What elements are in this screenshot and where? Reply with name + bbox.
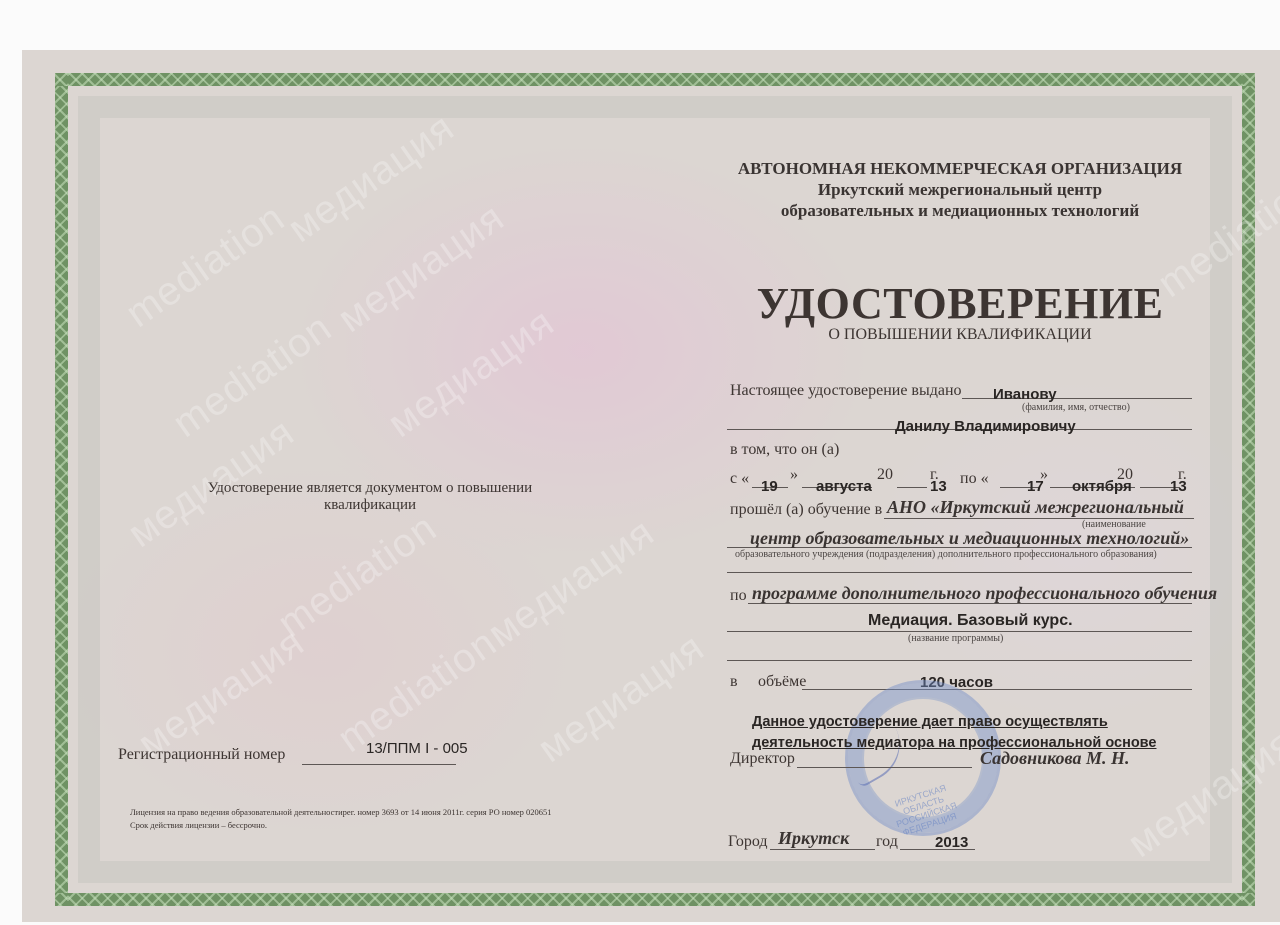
program-label: по bbox=[730, 587, 747, 605]
year-suffix: г. bbox=[930, 466, 939, 484]
certificate-title: УДОСТОВЕРЕНИЕ bbox=[720, 278, 1200, 329]
institution-line-1: АНО «Иркутский межрегиональный bbox=[887, 497, 1184, 518]
year-suffix: г. bbox=[1178, 466, 1187, 484]
city-value: Иркутск bbox=[778, 828, 849, 849]
from-day: 19 bbox=[761, 478, 778, 495]
year-label: год bbox=[876, 833, 898, 851]
that-he-label: в том, что он (а) bbox=[730, 441, 839, 459]
registration-number: 13/ППМ I - 005 bbox=[366, 740, 468, 757]
organization-header: АВТОНОМНАЯ НЕКОММЕРЧЕСКАЯ ОРГАНИЗАЦИЯ Ир… bbox=[720, 158, 1200, 221]
institution-hint-2: образовательного учреждения (подразделен… bbox=[735, 549, 1157, 560]
volume-label: объёме bbox=[758, 673, 806, 691]
year-value: 2013 bbox=[935, 834, 968, 851]
director-label: Директор bbox=[730, 750, 795, 768]
program-type: программе дополнительного профессиональн… bbox=[752, 583, 1217, 604]
institution-line-2: центр образовательных и медиационных тех… bbox=[750, 528, 1189, 549]
license-line: Лицензия на право ведения образовательно… bbox=[130, 806, 552, 819]
date-line bbox=[897, 487, 927, 488]
license-info: Лицензия на право ведения образовательно… bbox=[130, 806, 552, 832]
volume-prefix: в bbox=[730, 673, 738, 691]
institution-line bbox=[884, 518, 1194, 519]
issued-to-hint: (фамилия, имя, отчество) bbox=[1022, 402, 1130, 413]
license-term: Срок действия лицензии – бессрочно. bbox=[130, 819, 552, 832]
program-name: Медиация. Базовый курс. bbox=[868, 612, 1073, 630]
issued-to-label: Настоящее удостоверение выдано bbox=[730, 382, 962, 400]
date-from-prefix: с « bbox=[730, 470, 749, 488]
quote-close: » bbox=[1040, 466, 1048, 484]
registration-label: Регистрационный номер bbox=[118, 746, 285, 764]
director-line bbox=[797, 767, 972, 768]
registration-line bbox=[302, 764, 456, 765]
recipient-surname: Иванову bbox=[993, 386, 1057, 403]
program-hint: (название программы) bbox=[908, 633, 1003, 644]
city-line bbox=[770, 849, 875, 850]
from-month: августа bbox=[816, 478, 872, 495]
org-line-2: Иркутский межрегиональный центр bbox=[720, 179, 1200, 200]
program-name-line bbox=[727, 631, 1192, 632]
city-label: Город bbox=[728, 833, 768, 851]
quote-close: » bbox=[790, 466, 798, 484]
left-statement: Удостоверение является документом о повы… bbox=[160, 480, 580, 514]
org-line-1: АВТОНОМНАЯ НЕКОММЕРЧЕСКАЯ ОРГАНИЗАЦИЯ bbox=[720, 158, 1200, 179]
blank-line bbox=[727, 572, 1192, 573]
certificate-subtitle: О ПОВЫШЕНИИ КВАЛИФИКАЦИИ bbox=[720, 326, 1200, 344]
date-to-prefix: по « bbox=[960, 470, 989, 488]
volume-line bbox=[802, 689, 1192, 690]
century-to: 20 bbox=[1117, 466, 1133, 484]
blank-line bbox=[727, 660, 1192, 661]
org-line-3: образовательных и медиационных технологи… bbox=[720, 200, 1200, 221]
century-from: 20 bbox=[877, 466, 893, 484]
completed-label: прошёл (а) обучение в bbox=[730, 501, 882, 519]
recipient-name: Данилу Владимировичу bbox=[895, 418, 1076, 435]
director-name: Садовникова М. Н. bbox=[980, 748, 1129, 769]
